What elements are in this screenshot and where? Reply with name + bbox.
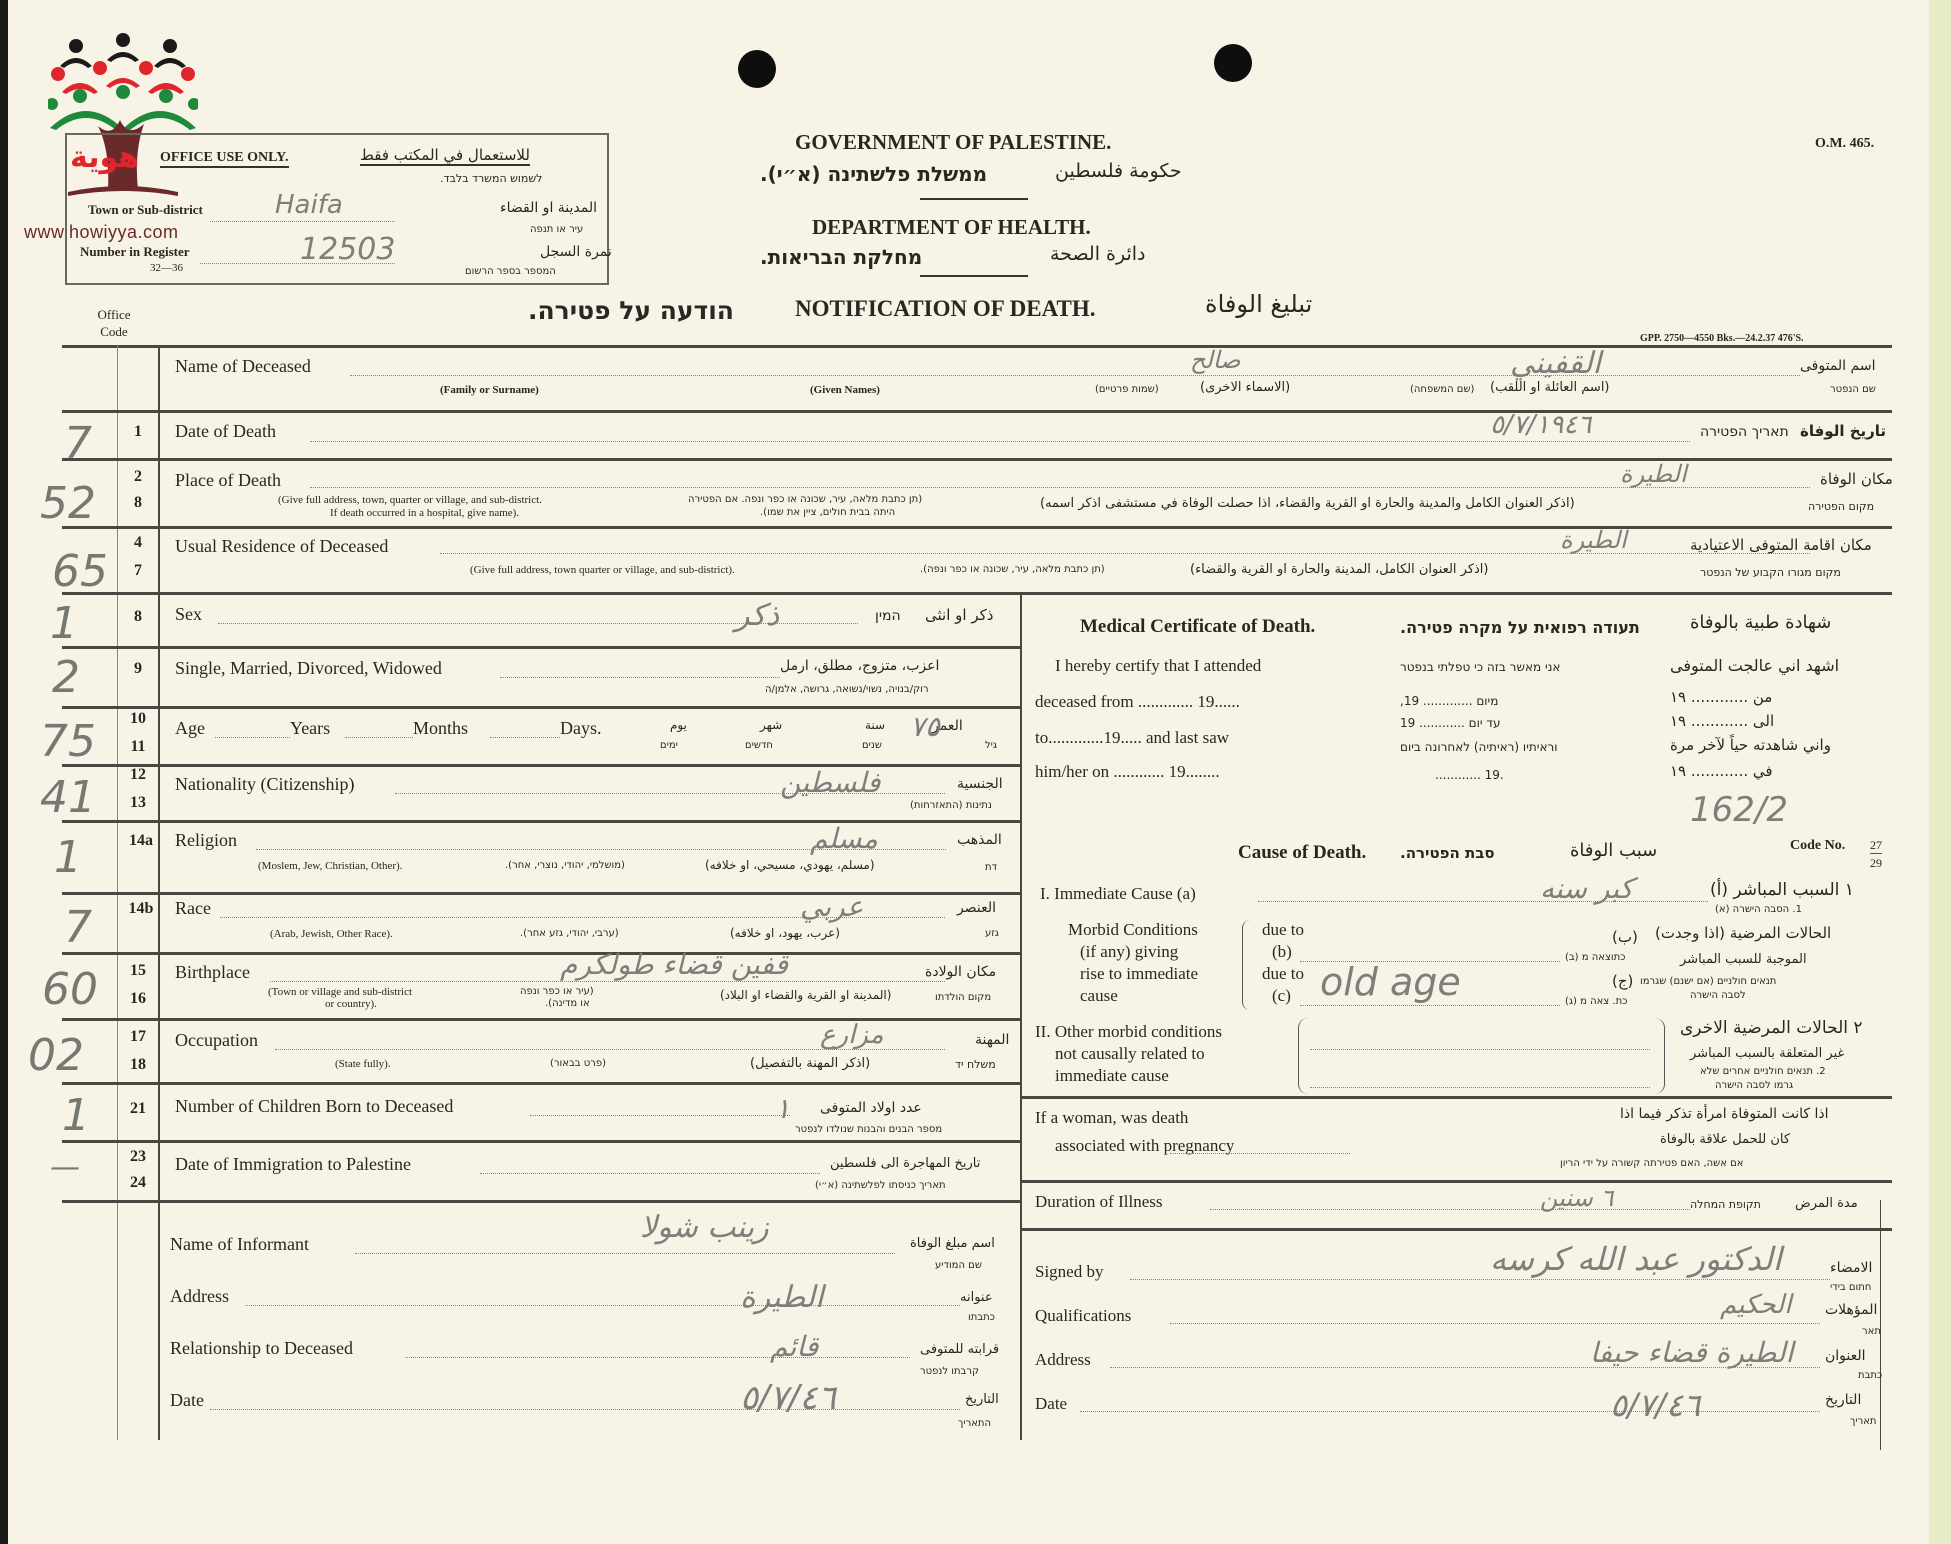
margin-code: 1: [50, 598, 78, 649]
qualifications-ar: المؤهلات: [1825, 1302, 1877, 1318]
medical-cert-title-he: תעודה רפואית על מקרה פטירה.: [1400, 618, 1640, 637]
doctor-date-label: Date: [1035, 1394, 1067, 1414]
children-ar: عدد اولاد المتوفى: [820, 1100, 922, 1116]
qualifications-he: תאר: [1862, 1326, 1881, 1337]
row-number: 7: [123, 562, 153, 580]
morbid-line: cause: [1080, 986, 1118, 1006]
cert-en-line[interactable]: him/her on ............ 19........: [1035, 762, 1220, 782]
due-c-label: (c): [1272, 986, 1291, 1006]
name-sub-he-family: (שם המשפחה): [1410, 384, 1474, 395]
other-ar-2: غير المتعلقة بالسبب المباشر: [1690, 1046, 1844, 1061]
age-years-label: Years: [290, 718, 330, 739]
place-hint-he: (תן כתבת מלאה, עיר, שכונה או כפר ונפה. א…: [688, 494, 922, 505]
doctor-date-ar: التاريخ: [1825, 1392, 1861, 1408]
birthplace-hint-en2: or country).: [325, 998, 377, 1010]
informant-relation-he: קרבתו לנפטר: [920, 1366, 979, 1377]
margin-code: 41: [40, 772, 96, 823]
nationality-he: נתינות (התאזרחות): [910, 800, 992, 811]
birthplace-he: מקום הולדתו: [935, 992, 991, 1003]
morbid-line: Morbid Conditions: [1068, 920, 1198, 940]
race-he: גזע: [985, 928, 999, 939]
cert-he-line[interactable]: .19 ............: [1435, 768, 1504, 782]
marital-field[interactable]: [500, 676, 780, 678]
immediate-cause-label: I. Immediate Cause (a): [1040, 884, 1196, 904]
cert-ar-line[interactable]: الى ............ ١٩: [1670, 712, 1774, 730]
name-sub-given: (Given Names): [810, 384, 880, 396]
race-ar: العنصر: [957, 900, 996, 916]
occupation-hint-ar: (اذكر المهنة بالتفصيل): [750, 1056, 870, 1071]
sex-he: המין: [875, 608, 901, 624]
register-code: 32—36: [150, 262, 183, 274]
row-number: 9: [123, 660, 153, 678]
other-line: immediate cause: [1055, 1066, 1169, 1086]
morbid-value[interactable]: old age: [1320, 960, 1461, 1004]
cert-ar-line[interactable]: من ............ ١٩: [1670, 688, 1772, 706]
punch-hole-left: [738, 50, 776, 88]
religion-hint-ar: (مسلم، يهودي، مسيحي، او خلافه): [705, 858, 875, 872]
form-number: O.M. 465.: [1815, 136, 1874, 152]
illness-field[interactable]: [1210, 1208, 1690, 1210]
sex-label: Sex: [175, 604, 202, 625]
register-label-he: המספר בספר הרשום: [465, 266, 556, 277]
place-hint-en: (Give full address, town, quarter or vil…: [278, 494, 542, 506]
religion-hint-en: (Moslem, Jew, Christian, Other).: [258, 860, 402, 872]
row-number: 12: [123, 766, 153, 784]
name-sub-family: (Family or Surname): [440, 384, 539, 396]
doctor-address-he: כתבת: [1858, 1370, 1882, 1381]
occupation-hint-he: (פרט בבאור): [550, 1058, 606, 1069]
birthplace-hint-en: (Town or village and sub-district: [268, 986, 412, 998]
office-use-title-he: לשמוש המשרד בלבד.: [440, 172, 542, 185]
cert-ar-line[interactable]: في ............ ١٩: [1670, 762, 1773, 780]
informant-name-ar: اسم مبلغ الوفاة: [910, 1236, 995, 1251]
cert-he-line[interactable]: מיום ............. 19,: [1400, 694, 1498, 708]
age-years-field[interactable]: [215, 736, 290, 738]
children-label: Number of Children Born to Deceased: [175, 1096, 453, 1117]
age-month-ar: شهر: [760, 718, 782, 732]
morbid-he: תנאים חולניים (אם ישנם) שגרמו: [1640, 976, 1776, 987]
other-field-1[interactable]: [1310, 1048, 1650, 1050]
illness-label: Duration of Illness: [1035, 1192, 1162, 1212]
sex-ar: ذكر او انثى: [925, 606, 993, 624]
town-label: Town or Sub-district: [88, 202, 203, 218]
due-to-b: due to: [1262, 920, 1304, 940]
race-label: Race: [175, 898, 211, 919]
race-hint-he: (ערבי, יהודי, גזע אחר).: [520, 928, 619, 939]
other-ar: ٢ الحالات المرضية الاخرى: [1680, 1018, 1863, 1038]
date-of-death-label: Date of Death: [175, 421, 276, 442]
gov-title-he: ממשלת פלשתינה (א״י).: [760, 162, 987, 186]
morbid-line: (if any) giving: [1080, 942, 1178, 962]
informant-address-he: כתבתו: [968, 1312, 995, 1323]
row-number: 14b: [123, 900, 159, 918]
immigration-ar: تاريخ المهاجرة الى فلسطين: [830, 1156, 980, 1171]
name-sub-ar-family: (اسم العائلة او اللقب): [1490, 380, 1610, 395]
medical-cert-title-ar: شهادة طبية بالوفاة: [1690, 612, 1831, 633]
row-number: 8: [123, 608, 153, 626]
register-label-ar: نمرة السجل: [540, 244, 612, 260]
morbid-line: rise to immediate: [1080, 964, 1198, 984]
other-line: not causally related to: [1055, 1044, 1205, 1064]
place-hint-en2: If death occurred in a hospital, give na…: [330, 507, 519, 519]
row-number: 11: [123, 738, 153, 756]
pregnancy-ar: اذا كانت المتوفاة امرأة تذكر فيما اذا: [1620, 1106, 1829, 1122]
margin-code: 75: [40, 716, 96, 767]
informant-name-he: שם המודיע: [935, 1260, 982, 1271]
other-he: 2. תנאים חולניים אחרים שלא: [1700, 1066, 1826, 1077]
form-title: NOTIFICATION OF DEATH.: [795, 296, 1096, 322]
b-ar: (ب): [1612, 928, 1638, 946]
birthplace-label: Birthplace: [175, 962, 250, 983]
birthplace-hint-he: (עיר או כפר ונפה: [520, 986, 594, 997]
medical-code-value[interactable]: 162/2: [1690, 790, 1788, 830]
age-months-label: Months: [413, 718, 468, 739]
cause-c-field[interactable]: [1300, 1004, 1560, 1006]
informant-name-label: Name of Informant: [170, 1234, 309, 1255]
morbid-ar-2: الموجبة للسبب المباشر: [1680, 952, 1807, 967]
informant-date-field[interactable]: [210, 1408, 960, 1410]
cause-title: Cause of Death.: [1238, 842, 1366, 864]
row-number: 14a: [123, 832, 159, 850]
margin-code: 1: [54, 832, 82, 883]
gov-title-ar: حكومة فلسطين: [1055, 160, 1182, 182]
immediate-cause-field[interactable]: [1258, 900, 1708, 902]
occupation-value[interactable]: مزارع: [820, 1020, 884, 1050]
cert-en-line[interactable]: deceased from ............. 19......: [1035, 692, 1240, 712]
age-days-field[interactable]: [490, 736, 560, 738]
name-given-value[interactable]: صالح: [1190, 346, 1241, 374]
informant-date-label: Date: [170, 1390, 204, 1411]
doctor-date-field[interactable]: [1080, 1410, 1820, 1412]
printer-info: GPP. 2750—4550 Bks.—24.2.37 476'S.: [1640, 333, 1804, 344]
place-of-death-he: מקום הפטירה: [1808, 500, 1874, 513]
marital-label: Single, Married, Divorced, Widowed: [175, 658, 442, 679]
margin-code: 7: [64, 902, 92, 953]
age-value[interactable]: ٧٥: [910, 710, 940, 743]
place-of-death-label: Place of Death: [175, 470, 281, 491]
birthplace-ar: مكان الولادة: [925, 964, 996, 980]
doctor-address-ar: العنوان: [1825, 1348, 1866, 1364]
place-of-death-value[interactable]: الطيرة: [1620, 460, 1687, 488]
margin-code: 7: [64, 418, 92, 469]
place-of-death-field[interactable]: [310, 486, 1810, 488]
other-field-2[interactable]: [1310, 1086, 1650, 1088]
scan-edge-right: [1929, 0, 1951, 1544]
margin-code: 60: [42, 964, 98, 1015]
top-rule: [62, 345, 1892, 348]
margin-code: 02: [28, 1030, 84, 1081]
town-value[interactable]: Haifa: [275, 190, 343, 220]
margin-code: 65: [52, 546, 108, 597]
place-hint-he2: היתה בבית חולים, ציין את שמו).: [760, 507, 895, 518]
pregnancy-he: אם אשה, האם פטירתה קשורה על ידי הריון: [1560, 1158, 1743, 1169]
informant-address-field[interactable]: [245, 1304, 960, 1306]
immigration-label: Date of Immigration to Palestine: [175, 1154, 411, 1175]
row-number: 24: [123, 1174, 153, 1192]
immigration-he: תאריך כניסתו לפלשתינה (א״י): [815, 1180, 946, 1191]
name-label-ar: اسم المتوفى: [1800, 358, 1875, 374]
residence-ar: مكان اقامة المتوفى الاعتيادية: [1690, 536, 1872, 554]
informant-relation-value[interactable]: قائم: [770, 1330, 818, 1363]
age-he: גיל: [985, 740, 997, 751]
occupation-ar: المهنة: [975, 1032, 1009, 1048]
row-number: 10: [123, 710, 153, 728]
doctor-address-label: Address: [1035, 1350, 1091, 1370]
name-sub-ar-given: (الاسماء الاخرى): [1200, 380, 1290, 395]
informant-date-ar: التاريخ: [965, 1392, 999, 1407]
other-he-2: גרמו לסבה הישרה: [1715, 1080, 1793, 1091]
informant-relation-label: Relationship to Deceased: [170, 1338, 353, 1359]
c-he: כת. צאה מ (ג): [1565, 996, 1627, 1007]
town-label-he: עיר או תנפה: [530, 224, 583, 235]
illness-value[interactable]: ٦ سنين: [1540, 1184, 1613, 1212]
town-label-ar: المدينة او القضاء: [500, 200, 597, 216]
residence-value[interactable]: الطيرة: [1560, 526, 1627, 554]
age-days-label: Days.: [560, 718, 602, 739]
register-value[interactable]: 12503: [300, 232, 395, 267]
age-months-field[interactable]: [345, 736, 413, 738]
margin-code: 1: [62, 1090, 90, 1141]
residence-label: Usual Residence of Deceased: [175, 536, 388, 557]
date-of-death-he: תאריך הפטירה: [1700, 424, 1789, 440]
office-use-title-ar: للاستعمال في المكتب فقط: [360, 146, 530, 166]
signed-by-ar: الامضاء: [1830, 1260, 1872, 1276]
informant-address-ar: عنوانه: [960, 1290, 993, 1305]
dept-title-ar: دائرة الصحة: [1050, 243, 1146, 265]
children-value[interactable]: ١: [775, 1092, 790, 1125]
nationality-ar: الجنسية: [957, 776, 1003, 792]
cert-en-line: I hereby certify that I attended: [1055, 656, 1261, 676]
immediate-cause-ar: ١ السبب المباشر (أ): [1710, 880, 1854, 900]
residence-he: מקום מגורו הקבוע של הנפטר: [1700, 566, 1841, 579]
qualifications-value[interactable]: الحكيم: [1720, 1290, 1791, 1320]
name-label: Name of Deceased: [175, 356, 311, 377]
occupation-hint-en: (State fully).: [335, 1058, 391, 1070]
due-b-label: (b): [1272, 942, 1292, 962]
code-top: 27: [1870, 838, 1882, 854]
place-hint-ar: (اذكر العنوان الكامل والمدينة والحارة او…: [1040, 496, 1575, 511]
signed-by-he: חתום בידי: [1830, 1282, 1871, 1293]
dept-title: DEPARTMENT OF HEALTH.: [812, 215, 1091, 240]
residence-hint-ar: (اذكر العنوان الكامل، المدينة والحارة او…: [1190, 562, 1488, 577]
nationality-value[interactable]: فلسطين: [780, 766, 880, 799]
row-number: 2: [123, 468, 153, 486]
row-number: 8: [123, 494, 153, 512]
other-line: II. Other morbid conditions: [1035, 1022, 1222, 1042]
name-label-he: שם הנפטר: [1830, 384, 1876, 395]
cert-en-line[interactable]: to.............19..... and last saw: [1035, 728, 1229, 748]
cert-ar-line: اشهد اني عالجت المتوفى: [1670, 656, 1839, 675]
religion-he: דת: [985, 862, 997, 873]
age-day-ar: يوم: [670, 718, 687, 732]
children-he: מספר הבנים והבנות שנולדו לנפטר: [795, 1124, 942, 1135]
immediate-cause-he: 1. הסבה הישרה (א): [1715, 904, 1802, 915]
illness-ar: مدة المرض: [1795, 1196, 1858, 1211]
register-label: Number in Register: [80, 244, 190, 260]
row-number: 16: [123, 990, 153, 1008]
birthplace-value[interactable]: قفين قضاء طولكرم: [560, 948, 788, 981]
nationality-label: Nationality (Citizenship): [175, 774, 354, 795]
informant-relation-field[interactable]: [405, 1356, 910, 1358]
immigration-field[interactable]: [480, 1172, 820, 1174]
age-month-he: חדשים: [745, 740, 773, 751]
race-value[interactable]: عربي: [800, 890, 863, 923]
cause-title-he: סבת הפטירה.: [1400, 844, 1495, 862]
informant-relation-ar: قرابته للمتوفى: [920, 1342, 999, 1357]
row-number: 4: [123, 534, 153, 552]
margin-code: 2: [52, 652, 80, 703]
row-number: 18: [123, 1056, 153, 1074]
cert-ar-line: واني شاهدته حياً لآخر مرة: [1670, 736, 1831, 754]
margin-code: 52: [40, 478, 96, 529]
date-of-death-field[interactable]: [310, 440, 1690, 442]
row-number: 17: [123, 1028, 153, 1046]
date-of-death-value[interactable]: ٥/٧/١٩٤٦: [1490, 410, 1591, 440]
signed-by-label: Signed by: [1035, 1262, 1103, 1282]
informant-date-he: התאריך: [958, 1418, 991, 1429]
form-title-ar: تبليغ الوفاة: [1205, 290, 1312, 318]
occupation-label: Occupation: [175, 1030, 258, 1051]
name-sub-he-given: (שמות פרטיים): [1095, 384, 1159, 395]
c-ar: (ج): [1612, 972, 1633, 990]
informant-name-field[interactable]: [355, 1252, 895, 1254]
religion-value[interactable]: مسلم: [810, 822, 878, 855]
office-use-title: OFFICE USE ONLY.: [160, 150, 289, 168]
form-title-he: הודעה על פטירה.: [528, 296, 734, 325]
row-number: 1: [123, 423, 153, 441]
signed-by-value[interactable]: الدكتور عبد الله كرسه: [1490, 1240, 1782, 1278]
informant-date-value[interactable]: ٥/٧/٤٦: [740, 1378, 836, 1418]
age-year-ar: سنة: [865, 718, 885, 732]
race-hint-en: (Arab, Jewish, Other Race).: [270, 928, 393, 940]
medical-cert-title: Medical Certificate of Death.: [1080, 616, 1315, 638]
row-number: 23: [123, 1148, 153, 1166]
qualifications-label: Qualifications: [1035, 1306, 1131, 1326]
cert-he-line: וראיתיו (ראיתיה) לאחרונה ביום: [1400, 740, 1558, 754]
doctor-date-he: תאריך: [1850, 1416, 1877, 1427]
illness-he: תקופת המחלה: [1690, 1198, 1761, 1211]
doctor-address-value[interactable]: الطيرة قضاء حيفا: [1590, 1336, 1793, 1369]
doctor-date-value[interactable]: ٥/٧/٤٦: [1610, 1386, 1700, 1424]
signed-by-field[interactable]: [1130, 1278, 1830, 1280]
place-of-death-ar: مكان الوفاة: [1820, 470, 1893, 488]
religion-label: Religion: [175, 830, 237, 851]
morbid-he-2: לסבה הישרה: [1690, 990, 1746, 1001]
sex-value[interactable]: ذكر: [735, 598, 779, 633]
age-label: Age: [175, 718, 205, 739]
birthplace-hint-he2: או מדינה).: [545, 998, 590, 1009]
row-number: 15: [123, 962, 153, 980]
name-family-value[interactable]: القفيني: [1510, 346, 1601, 381]
cause-title-ar: سبب الوفاة: [1570, 840, 1657, 861]
scan-edge-left: [0, 0, 8, 1544]
pregnancy-field[interactable]: [1170, 1152, 1350, 1154]
due-to-c: due to: [1262, 964, 1304, 984]
office-code-label: Office Code: [94, 306, 134, 340]
religion-hint-he: (מושלמי, יהודי, נוצרי, אחר).: [505, 860, 625, 871]
residence-hint-en: (Give full address, town quarter or vill…: [470, 564, 735, 576]
age-day-he: ימים: [660, 740, 678, 751]
occupation-he: משלח יד: [955, 1058, 996, 1071]
b-he: כתוצאה מ (ב): [1565, 952, 1625, 963]
cert-he-line: אני מאשר בזה כי טפלתי בנפטר: [1400, 660, 1560, 674]
dept-title-he: מחלקת הבריאות.: [760, 245, 922, 269]
qualifications-field[interactable]: [1170, 1322, 1820, 1324]
cert-he-line[interactable]: עד יום ............ 19: [1400, 716, 1500, 730]
marital-he: רוק/בנויה, נשוי/נשואה, גרושה, אלמן/ה: [765, 684, 929, 695]
birthplace-hint-ar: (المدينة او القرية والقضاء او البلاد): [720, 988, 891, 1002]
age-year-he: שנים: [862, 740, 882, 751]
row-number: 13: [123, 794, 153, 812]
code-no-label: Code No.: [1790, 838, 1845, 854]
informant-name-value[interactable]: زينب شولا: [640, 1210, 769, 1245]
residence-hint-he: (תן כתבת מלאה, עיר, שכונה או כפר ונפה).: [920, 564, 1105, 575]
date-of-death-ar: تاريخ الوفاة: [1800, 422, 1886, 440]
informant-address-value[interactable]: الطيرة: [740, 1280, 823, 1315]
code-bot: 29: [1870, 856, 1882, 871]
punch-hole-right: [1214, 44, 1252, 82]
children-field[interactable]: [530, 1114, 790, 1116]
margin-code: —: [50, 1150, 80, 1185]
row-number: 21: [123, 1100, 153, 1118]
pregnancy-ar-2: كان للحمل علاقة بالوفاة: [1660, 1132, 1790, 1147]
race-hint-ar: (عرب، يهود، او خلافه): [730, 926, 840, 940]
gov-title: GOVERNMENT OF PALESTINE.: [795, 130, 1111, 155]
marital-ar: اعزب، متزوج، مطلق، ارمل: [780, 658, 939, 674]
immediate-cause-value[interactable]: كبر سنه: [1540, 872, 1633, 905]
informant-address-label: Address: [170, 1286, 229, 1307]
religion-ar: المذهب: [957, 832, 1002, 848]
morbid-ar: الحالات المرضية (اذا وجدت): [1655, 924, 1831, 942]
pregnancy-label: If a woman, was death: [1035, 1108, 1188, 1128]
